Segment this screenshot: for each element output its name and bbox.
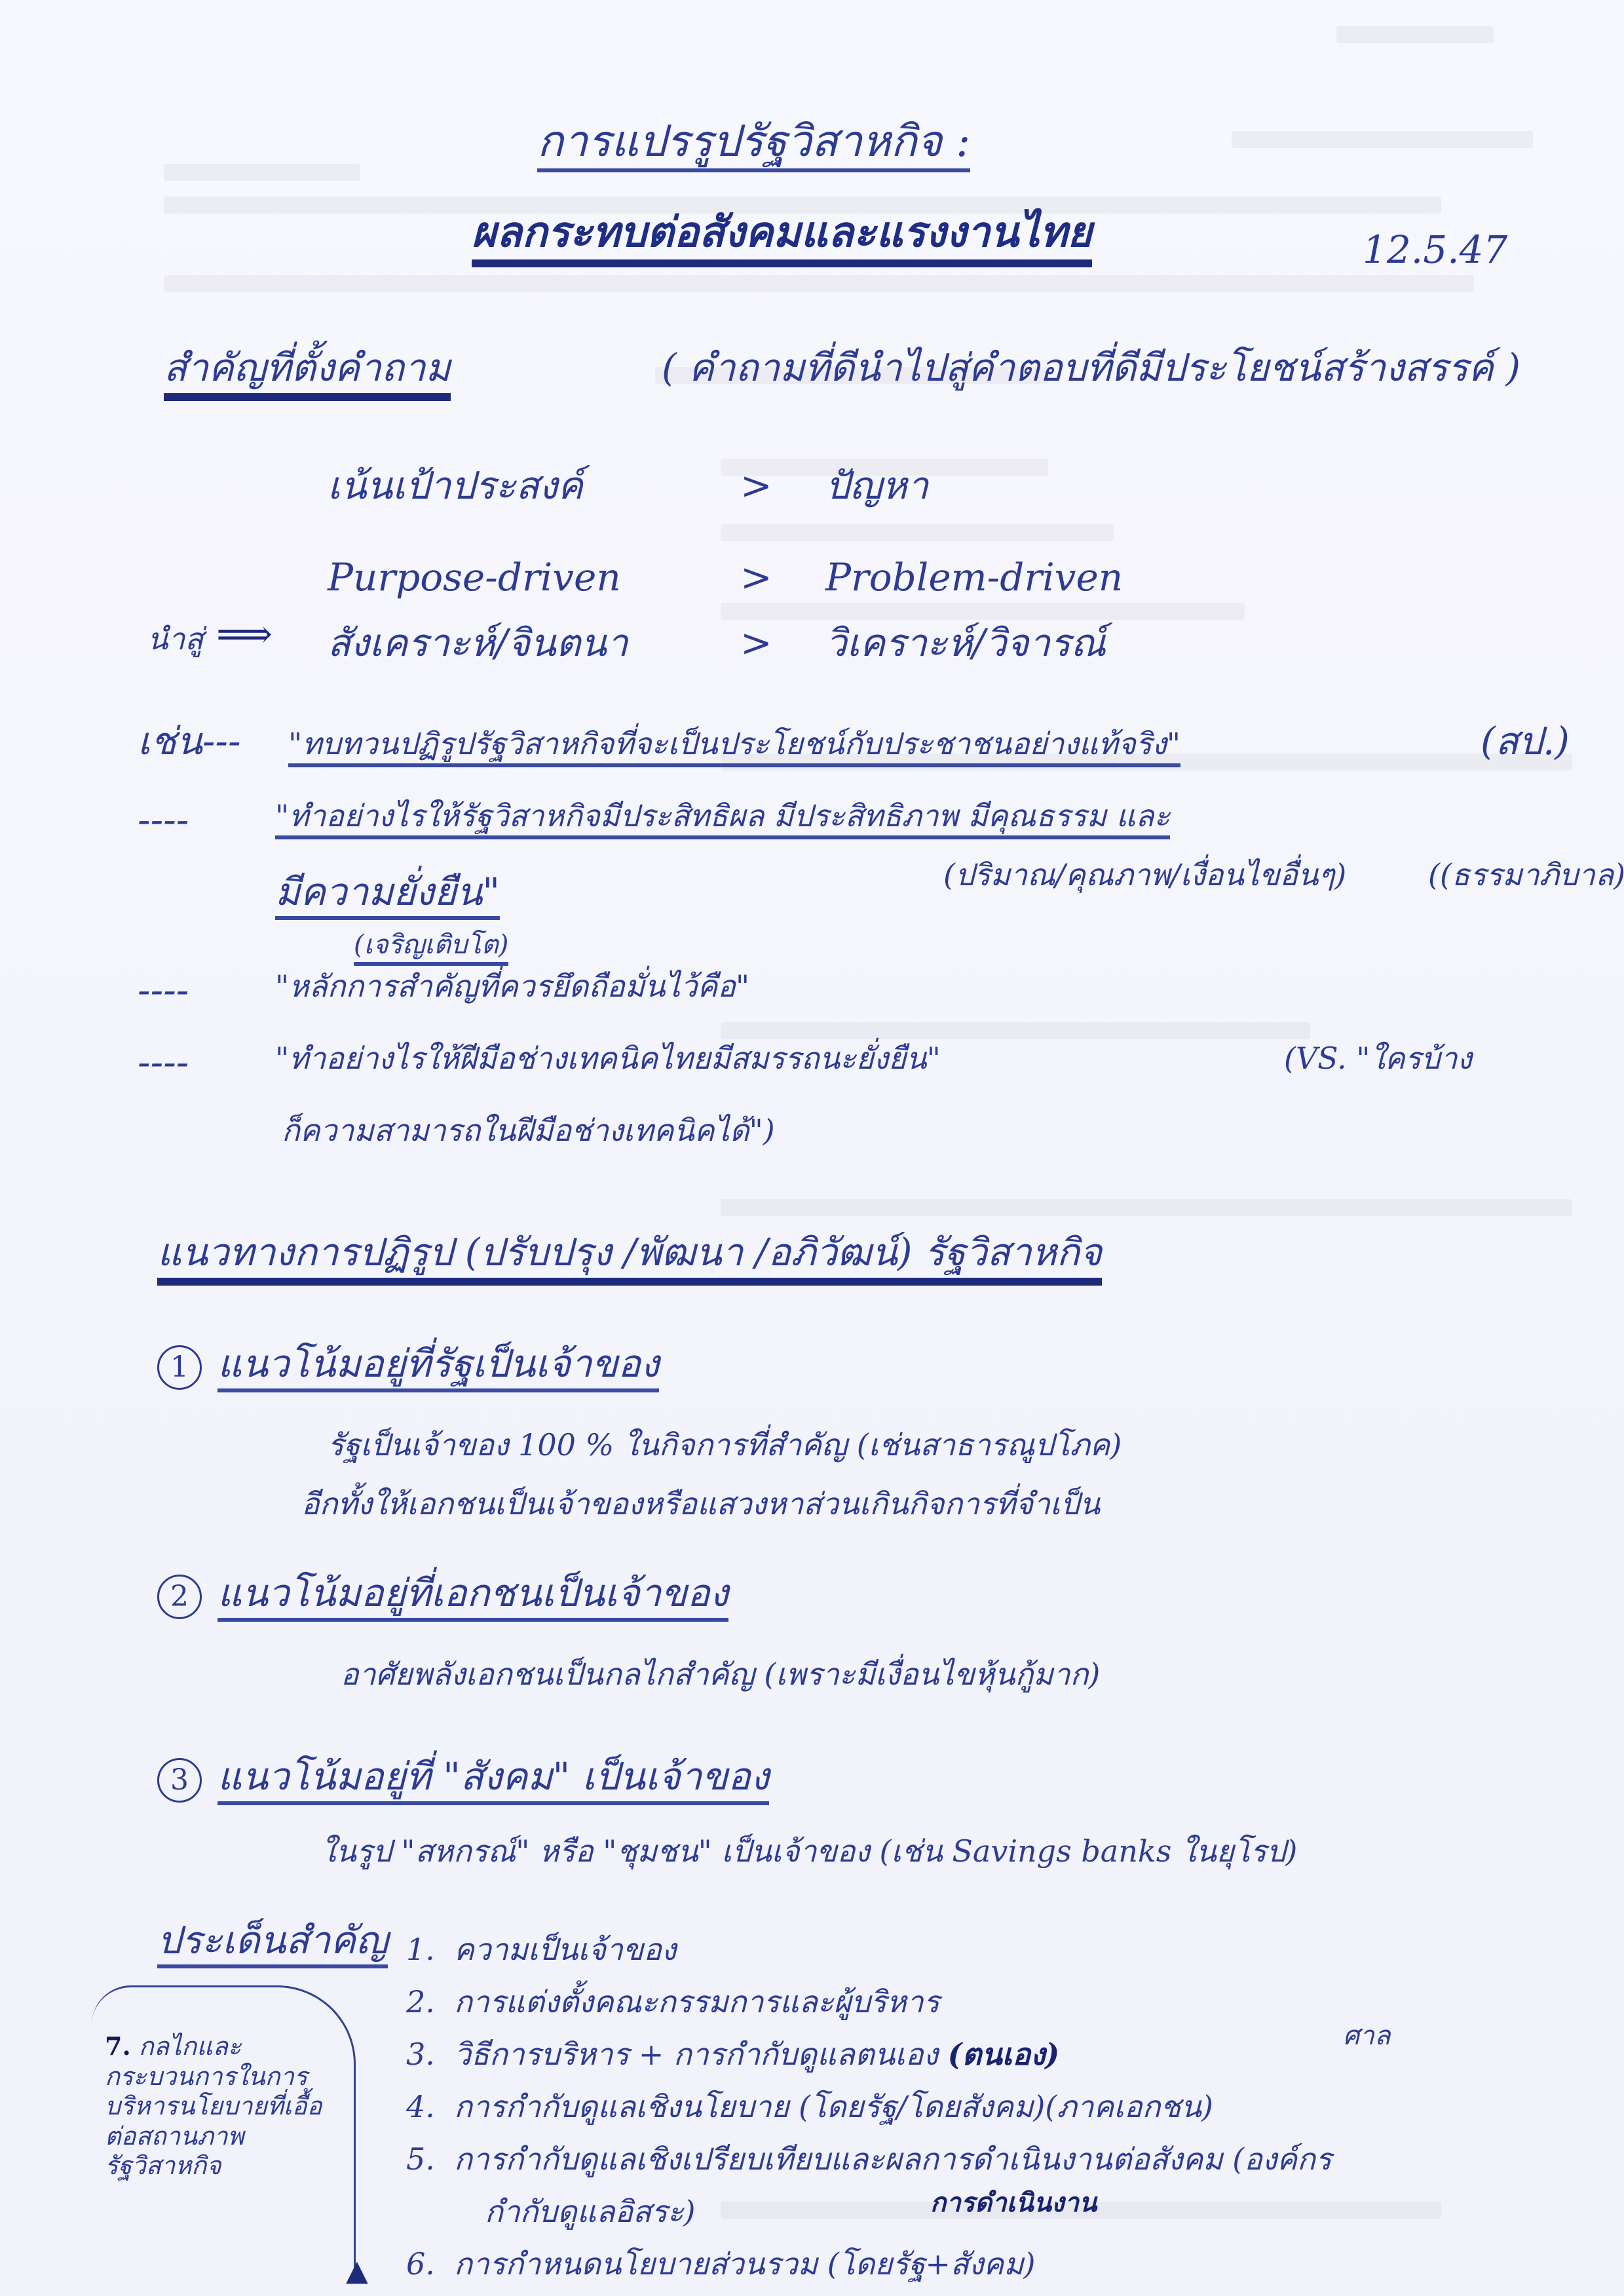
comparison-left: Purpose-driven xyxy=(328,557,621,599)
issue-item: 1. ความเป็นเจ้าของ xyxy=(406,1933,676,1966)
issue-item: 6. การกำหนดนโยบายส่วนรวม (โดยรัฐ+สังคม) xyxy=(406,2248,1035,2281)
issue-above-note: ศาล xyxy=(1343,2021,1390,2050)
show-through-mark xyxy=(1336,26,1494,43)
reform-option: 2แนวโน้มอยู่ที่เอกชนเป็นเจ้าของ xyxy=(157,1573,728,1619)
side-note: 7. กลไกและกระบวนการในการบริหารนโยบายที่เ… xyxy=(105,2031,347,2181)
scanned-page: การแปรรูปรัฐวิสาหกิจ : ผลกระทบต่อสังคมแล… xyxy=(0,0,1624,2296)
arrow-up-icon: ▲ xyxy=(346,2254,368,2287)
comparison-lead: นำสู่ xyxy=(147,622,203,656)
option-line: รัฐเป็นเจ้าของ 100 % ในกิจการที่สำคัญ (เ… xyxy=(328,1428,1122,1462)
comparison-right: ปัญหา xyxy=(825,465,928,507)
examples-lead: เช่น--- xyxy=(138,721,241,763)
comparison-right: วิเคราะห์/วิจารณ์ xyxy=(825,622,1106,664)
show-through-mark xyxy=(721,524,1114,541)
date: 12.5.47 xyxy=(1363,229,1507,271)
issue-item: 3. วิธีการบริหาร + การกำกับดูแลตนเอง (ตน… xyxy=(406,2038,1059,2071)
example-text: "ทบทวนปฏิรูปรัฐวิสาหกิจที่จะเป็นประโยชน์… xyxy=(288,727,1180,767)
page-subtitle: ผลกระทบต่อสังคมและแรงงานไทย xyxy=(472,210,1092,267)
comparison-op: > xyxy=(740,465,772,507)
example-text: มีความยั่งยืน" xyxy=(275,871,500,920)
option-title: แนวโน้มอยู่ที่ "สังคม" เป็นเจ้าของ xyxy=(217,1754,769,1805)
option-line: อาศัยพลังเอกชนเป็นกลไกสำคัญ (เพราะมีเงื่… xyxy=(341,1658,1100,1691)
comparison-op: > xyxy=(740,622,772,664)
section-heading-reform: แนวทางการปฏิรูป (ปรับปรุง /พัฒนา /อภิวัฒ… xyxy=(157,1232,1102,1286)
double-arrow-icon: ⟹ xyxy=(210,613,279,656)
example-prefix: ---- xyxy=(138,1042,189,1084)
show-through-mark xyxy=(721,1022,1310,1039)
issue-insert-note: การดำเนินงาน xyxy=(930,2189,1097,2217)
example-text: "ทำอย่างไรให้ฝีมือช่างเทคนิคไทยมีสมรรถนะ… xyxy=(275,1042,941,1075)
reform-option: 3แนวโน้มอยู่ที่ "สังคม" เป็นเจ้าของ xyxy=(157,1756,769,1803)
show-through-mark xyxy=(1232,131,1533,148)
option-number: 2 xyxy=(157,1575,202,1619)
example-versus: (VS. "ใครบ้าง xyxy=(1284,1042,1472,1075)
example-text: ก็ความสามารถในฝีมือช่างเทคนิคได้") xyxy=(282,1114,775,1147)
option-number: 1 xyxy=(157,1345,202,1390)
option-line: อีกทั้งให้เอกชนเป็นเจ้าของหรือแสวงหาส่วน… xyxy=(301,1487,1100,1521)
option-line: ในรูป "สหกรณ์" หรือ "ชุมชน" เป็นเจ้าของ … xyxy=(321,1835,1297,1868)
example-text: "หลักการสำคัญที่ควรยึดถือมั่นไว้คือ" xyxy=(275,970,749,1003)
comparison-op: > xyxy=(740,557,772,599)
example-side-note: (ปริมาณ/คุณภาพ/เงื่อนไขอื่นๆ) xyxy=(943,858,1346,892)
option-title: แนวโน้มอยู่ที่รัฐเป็นเจ้าของ xyxy=(217,1341,659,1392)
example-prefix: ---- xyxy=(138,799,189,841)
page-title: การแปรรูปรัฐวิสาหกิจ : xyxy=(537,118,970,172)
issue-item: 5. การกำกับดูแลเชิงเปรียบเทียบและผลการดำ… xyxy=(406,2143,1332,2176)
example-text: "ทำอย่างไรให้รัฐวิสาหกิจมีประสิทธิผล มีป… xyxy=(275,799,1170,839)
section-heading-key-issues: ประเด็นสำคัญ xyxy=(157,1920,388,1968)
show-through-mark xyxy=(721,603,1245,620)
reform-option: 1แนวโน้มอยู่ที่รัฐเป็นเจ้าของ xyxy=(157,1343,659,1390)
show-through-mark xyxy=(721,1199,1572,1216)
example-sub-note: (เจริญเติบโต) xyxy=(354,930,508,966)
issue-continuation: กำกับดูแลอิสระ) xyxy=(485,2195,696,2229)
comparison-left: สังเคราะห์/จินตนา xyxy=(328,622,628,664)
show-through-mark xyxy=(164,164,360,181)
issue-item: 4. การกำกับดูแลเชิงนโยบาย (โดยรัฐ/โดยสัง… xyxy=(406,2090,1213,2124)
example-prefix: ---- xyxy=(138,970,189,1012)
option-title: แนวโน้มอยู่ที่เอกชนเป็นเจ้าของ xyxy=(217,1571,728,1622)
option-number: 3 xyxy=(157,1758,202,1803)
issue-item: 2. การแต่งตั้งคณะกรรมการและผู้บริหาร xyxy=(406,1985,939,2019)
comparison-right: Problem-driven xyxy=(825,557,1123,599)
show-through-mark xyxy=(164,275,1474,292)
section-heading-note: ( คำถามที่ดีนำไปสู่คำตอบที่ดีมีประโยชน์ส… xyxy=(662,347,1520,389)
comparison-left: เน้นเป้าประสงค์ xyxy=(328,465,583,507)
example-side-note: ((ธรรมาภิบาล) xyxy=(1428,858,1624,892)
example-source: (สป.) xyxy=(1481,721,1570,763)
section-heading-questions: สำคัญที่ตั้งคำถาม xyxy=(164,347,451,401)
